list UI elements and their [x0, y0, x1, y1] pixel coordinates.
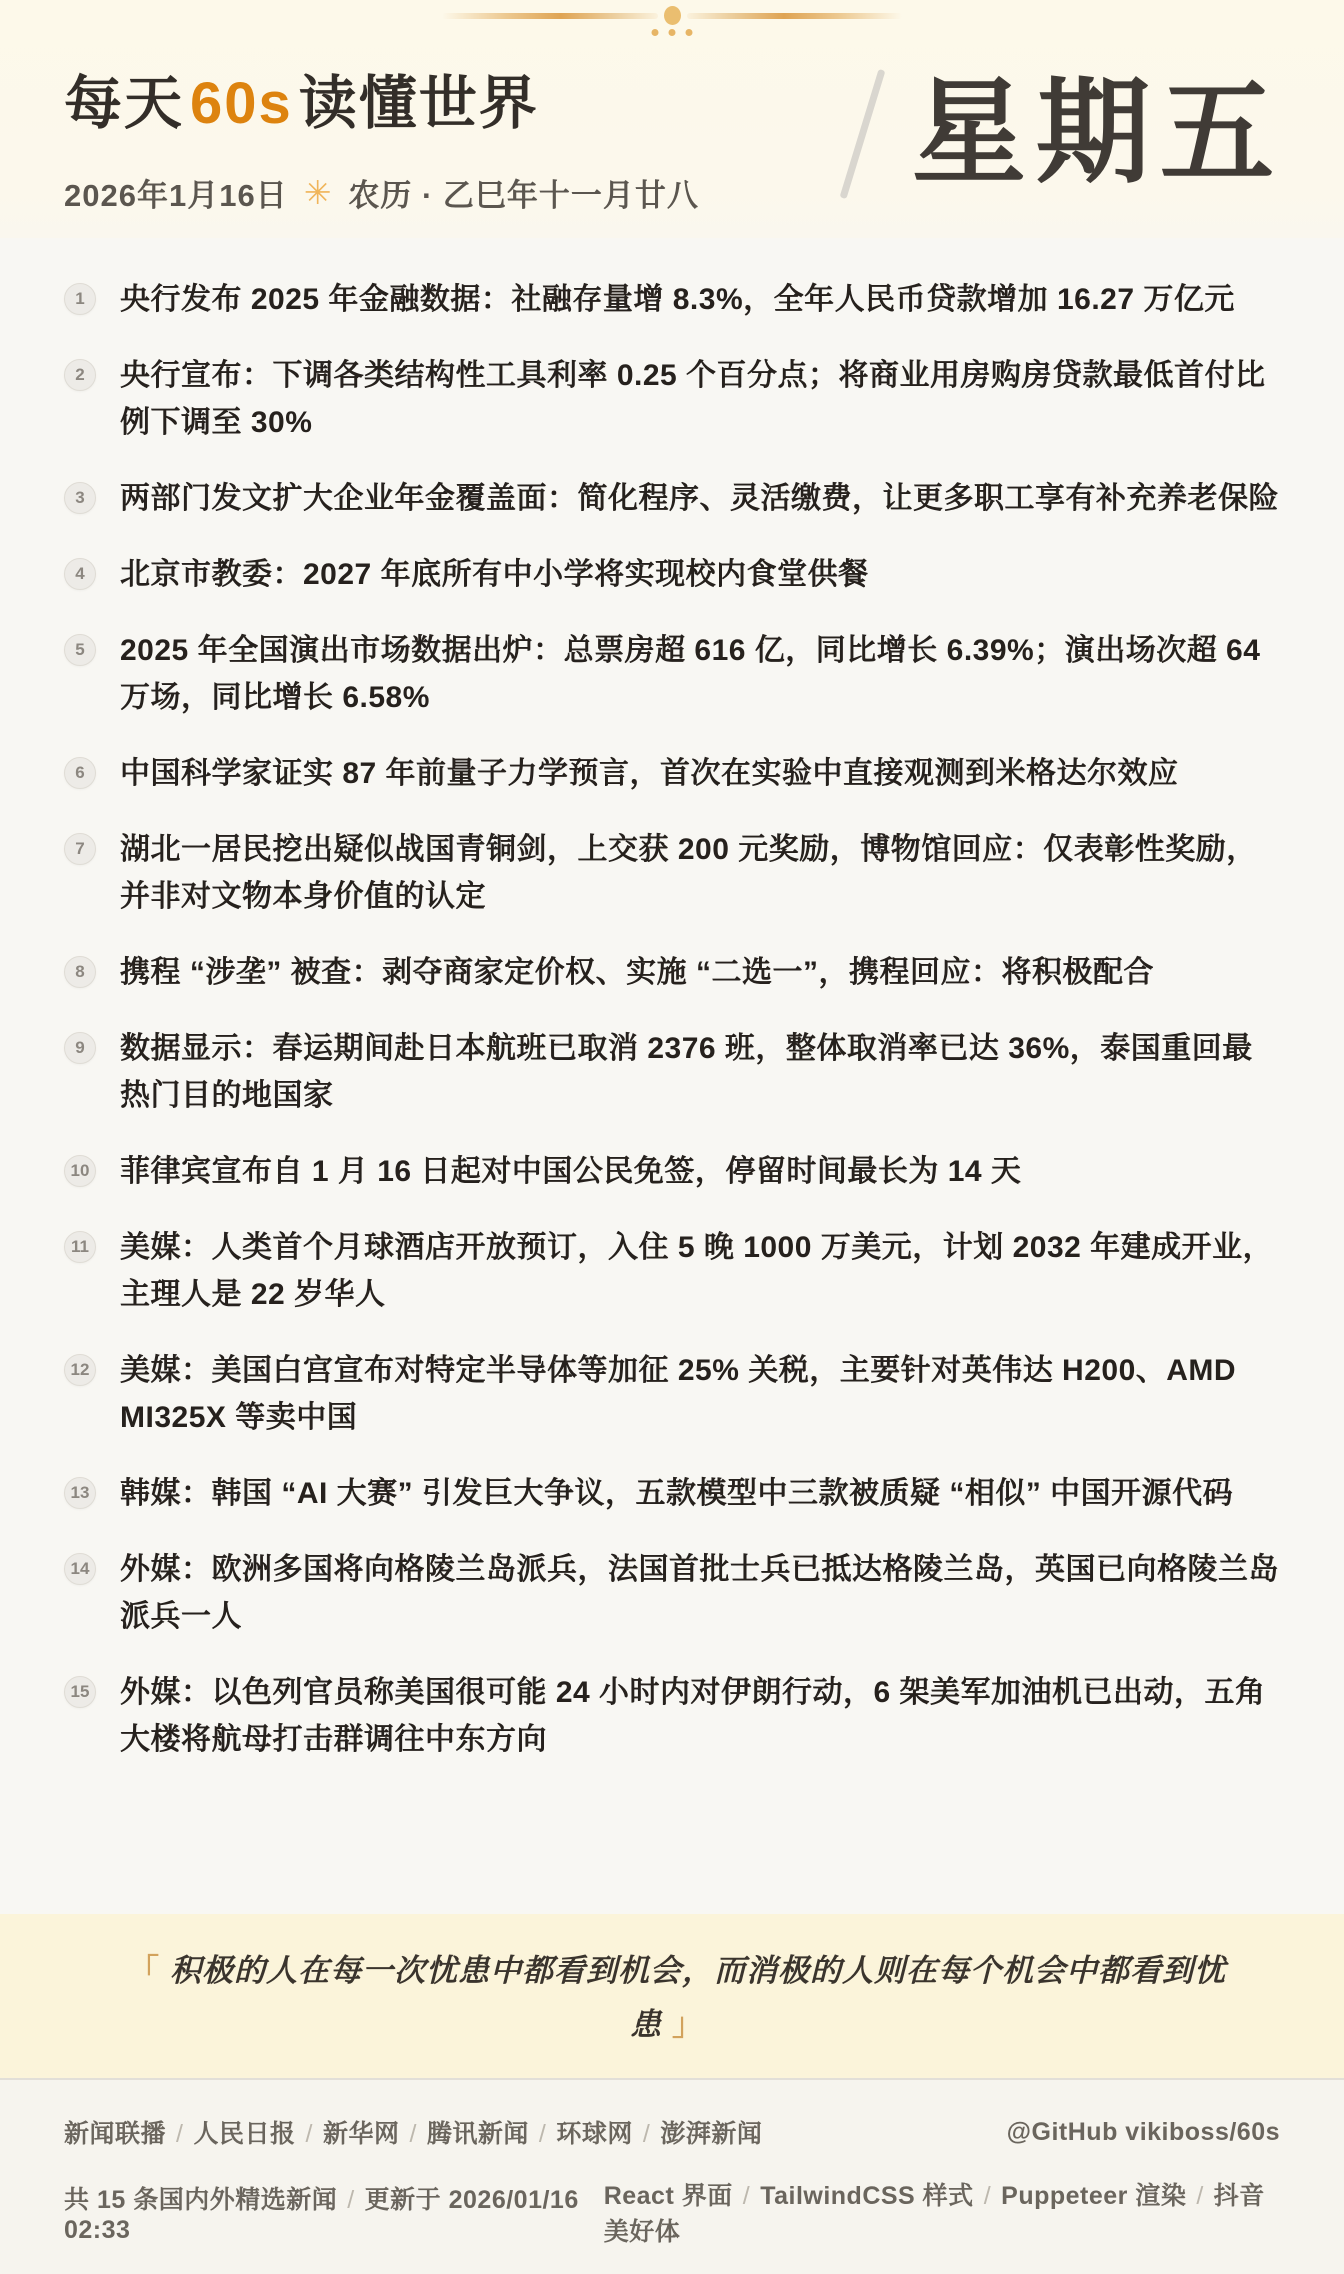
footer-meta-left: 共 15 条国内外精选新闻/更新于 2026/01/16 02:33: [64, 2180, 604, 2245]
news-item-text: 央行发布 2025 年金融数据：社融存量增 8.3%，全年人民币贷款增加 16.…: [120, 276, 1280, 323]
news-item-number-badge: 3: [64, 482, 96, 514]
news-item-number-badge: 1: [64, 283, 96, 315]
news-item-text: 美媒：美国白宫宣布对特定半导体等加征 25% 关税，主要针对英伟达 H200、A…: [120, 1347, 1280, 1441]
weekday-label: 星期五: [912, 77, 1284, 191]
news-source: 人民日报: [193, 2120, 295, 2148]
separator: /: [399, 2120, 426, 2148]
news-item: 15外媒：以色列官员称美国很可能 24 小时内对伊朗行动，6 架美军加油机已出动…: [64, 1669, 1280, 1763]
news-item: 8携程 “涉垄” 被查：剥夺商家定价权、实施 “二选一”，携程回应：将积极配合: [64, 949, 1280, 996]
separator: /: [1186, 2182, 1213, 2210]
news-source: 澎湃新闻: [660, 2120, 762, 2148]
gregorian-date: 2026年1月16日: [64, 170, 288, 215]
news-item-number-badge: 8: [64, 956, 96, 988]
separator: /: [166, 2120, 193, 2148]
separator: /: [733, 2182, 760, 2210]
news-item: 7湖北一居民挖出疑似战国青铜剑，上交获 200 元奖励，博物馆回应：仅表彰性奖励…: [64, 826, 1280, 920]
news-item-number-badge: 13: [64, 1477, 96, 1509]
ornament-line-right: [687, 13, 903, 19]
news-item-text: 2025 年全国演出市场数据出炉：总票房超 616 亿，同比增长 6.39%；演…: [120, 627, 1280, 721]
news-item-text: 携程 “涉垄” 被查：剥夺商家定价权、实施 “二选一”，携程回应：将积极配合: [120, 949, 1280, 996]
news-item: 4北京市教委：2027 年底所有中小学将实现校内食堂供餐: [64, 551, 1280, 598]
news-item: 14外媒：欧洲多国将向格陵兰岛派兵，法国首批士兵已抵达格陵兰岛，英国已向格陵兰岛…: [64, 1546, 1280, 1640]
news-source: 新闻联播: [64, 2120, 166, 2148]
footer-row-meta: 共 15 条国内外精选新闻/更新于 2026/01/16 02:33 React…: [64, 2176, 1280, 2248]
ornament-dots-icon: [652, 29, 693, 36]
news-source: 新华网: [323, 2120, 400, 2148]
header: 每天60s读懂世界 2026年1月16日 ✳ 农历 · 乙巳年十一月廿八 星期五: [0, 0, 1344, 238]
ornament-circle-icon: [664, 6, 681, 25]
footer-row-sources: 新闻联播/人民日报/新华网/腾讯新闻/环球网/澎湃新闻 @GitHub viki…: [64, 2114, 1280, 2150]
tech-credit: React 界面: [604, 2182, 733, 2210]
title-prefix: 每天: [64, 71, 184, 136]
news-item-number-badge: 6: [64, 757, 96, 789]
news-item: 1央行发布 2025 年金融数据：社融存量增 8.3%，全年人民币贷款增加 16…: [64, 276, 1280, 323]
news-item-text: 两部门发文扩大企业年金覆盖面：简化程序、灵活缴费，让更多职工享有补充养老保险: [120, 475, 1280, 522]
daily-quote: 「积极的人在每一次忧患中都看到机会，而消极的人则在每个机会中都看到忧患」: [104, 1944, 1240, 2052]
news-item-number-badge: 7: [64, 833, 96, 865]
header-right: 星期五: [859, 63, 1284, 201]
news-item-text: 央行宣布：下调各类结构性工具利率 0.25 个百分点；将商业用房购房贷款最低首付…: [120, 352, 1280, 446]
news-item-number-badge: 12: [64, 1354, 96, 1386]
news-item-text: 北京市教委：2027 年底所有中小学将实现校内食堂供餐: [120, 551, 1280, 598]
news-item-number-badge: 11: [64, 1231, 96, 1263]
page-title: 每天60s读懂世界: [64, 56, 699, 140]
news-item: 6中国科学家证实 87 年前量子力学预言，首次在实验中直接观测到米格达尔效应: [64, 750, 1280, 797]
news-sources-list: 新闻联播/人民日报/新华网/腾讯新闻/环球网/澎湃新闻: [64, 2114, 762, 2150]
meta-info: 共 15 条国内外精选新闻: [64, 2186, 337, 2214]
news-item: 52025 年全国演出市场数据出炉：总票房超 616 亿，同比增长 6.39%；…: [64, 627, 1280, 721]
news-item-text: 中国科学家证实 87 年前量子力学预言，首次在实验中直接观测到米格达尔效应: [120, 750, 1280, 797]
quote-section: 「积极的人在每一次忧患中都看到机会，而消极的人则在每个机会中都看到忧患」: [0, 1914, 1344, 2078]
separator: /: [295, 2120, 322, 2148]
slash-divider: [840, 69, 886, 199]
news-item-text: 外媒：欧洲多国将向格陵兰岛派兵，法国首批士兵已抵达格陵兰岛，英国已向格陵兰岛派兵…: [120, 1546, 1280, 1640]
news-item: 12美媒：美国白宫宣布对特定半导体等加征 25% 关税，主要针对英伟达 H200…: [64, 1347, 1280, 1441]
news-item-number-badge: 5: [64, 634, 96, 666]
ornament-line-left: [442, 13, 658, 19]
separator: /: [633, 2120, 660, 2148]
news-item: 10菲律宾宣布自 1 月 16 日起对中国公民免签，停留时间最长为 14 天: [64, 1148, 1280, 1195]
separator: /: [974, 2182, 1001, 2210]
separator: /: [337, 2186, 364, 2214]
news-item-number-badge: 15: [64, 1676, 96, 1708]
footer: 新闻联播/人民日报/新华网/腾讯新闻/环球网/澎湃新闻 @GitHub viki…: [0, 2078, 1344, 2274]
news-list: 1央行发布 2025 年金融数据：社融存量增 8.3%，全年人民币贷款增加 16…: [0, 238, 1344, 1914]
tech-credit: Puppeteer 渲染: [1001, 2182, 1186, 2210]
news-item-text: 外媒：以色列官员称美国很可能 24 小时内对伊朗行动，6 架美军加油机已出动，五…: [120, 1669, 1280, 1763]
news-item: 9数据显示：春运期间赴日本航班已取消 2376 班，整体取消率已达 36%，泰国…: [64, 1025, 1280, 1119]
news-item-number-badge: 14: [64, 1553, 96, 1585]
daily-60s-news-card: 每天60s读懂世界 2026年1月16日 ✳ 农历 · 乙巳年十一月廿八 星期五…: [0, 0, 1344, 2274]
tech-credit: TailwindCSS 样式: [760, 2182, 974, 2210]
github-credit: @GitHub vikiboss/60s: [1007, 2118, 1280, 2147]
news-source: 腾讯新闻: [427, 2120, 529, 2148]
news-item-number-badge: 4: [64, 558, 96, 590]
header-left: 每天60s读懂世界 2026年1月16日 ✳ 农历 · 乙巳年十一月廿八: [64, 50, 699, 215]
header-ornament: [442, 6, 902, 25]
news-item-number-badge: 2: [64, 359, 96, 391]
news-item-number-badge: 10: [64, 1155, 96, 1187]
news-item-text: 湖北一居民挖出疑似战国青铜剑，上交获 200 元奖励，博物馆回应：仅表彰性奖励，…: [120, 826, 1280, 920]
asterisk-icon: ✳: [304, 173, 333, 212]
news-item-text: 数据显示：春运期间赴日本航班已取消 2376 班，整体取消率已达 36%，泰国重…: [120, 1025, 1280, 1119]
title-highlight: 60s: [184, 71, 299, 136]
footer-meta-right: React 界面/TailwindCSS 样式/Puppeteer 渲染/抖音美…: [604, 2176, 1280, 2248]
news-item: 3两部门发文扩大企业年金覆盖面：简化程序、灵活缴费，让更多职工享有补充养老保险: [64, 475, 1280, 522]
date-row: 2026年1月16日 ✳ 农历 · 乙巳年十一月廿八: [64, 170, 699, 215]
separator: /: [529, 2120, 556, 2148]
news-item: 2央行宣布：下调各类结构性工具利率 0.25 个百分点；将商业用房购房贷款最低首…: [64, 352, 1280, 446]
news-item: 11美媒：人类首个月球酒店开放预订，入住 5 晚 1000 万美元，计划 203…: [64, 1224, 1280, 1318]
title-suffix: 读懂世界: [299, 71, 539, 136]
news-item: 13韩媒：韩国 “AI 大赛” 引发巨大争议，五款模型中三款被质疑 “相似” 中…: [64, 1470, 1280, 1517]
quote-close-bracket: 」: [662, 2007, 714, 2042]
news-item-text: 美媒：人类首个月球酒店开放预订，入住 5 晚 1000 万美元，计划 2032 …: [120, 1224, 1280, 1318]
lunar-date: 农历 · 乙巳年十一月廿八: [348, 170, 699, 215]
news-source: 环球网: [556, 2120, 633, 2148]
news-item-number-badge: 9: [64, 1032, 96, 1064]
news-item-text: 韩媒：韩国 “AI 大赛” 引发巨大争议，五款模型中三款被质疑 “相似” 中国开…: [120, 1470, 1280, 1517]
news-item-text: 菲律宾宣布自 1 月 16 日起对中国公民免签，停留时间最长为 14 天: [120, 1148, 1280, 1195]
quote-open-bracket: 「: [118, 1953, 170, 1988]
